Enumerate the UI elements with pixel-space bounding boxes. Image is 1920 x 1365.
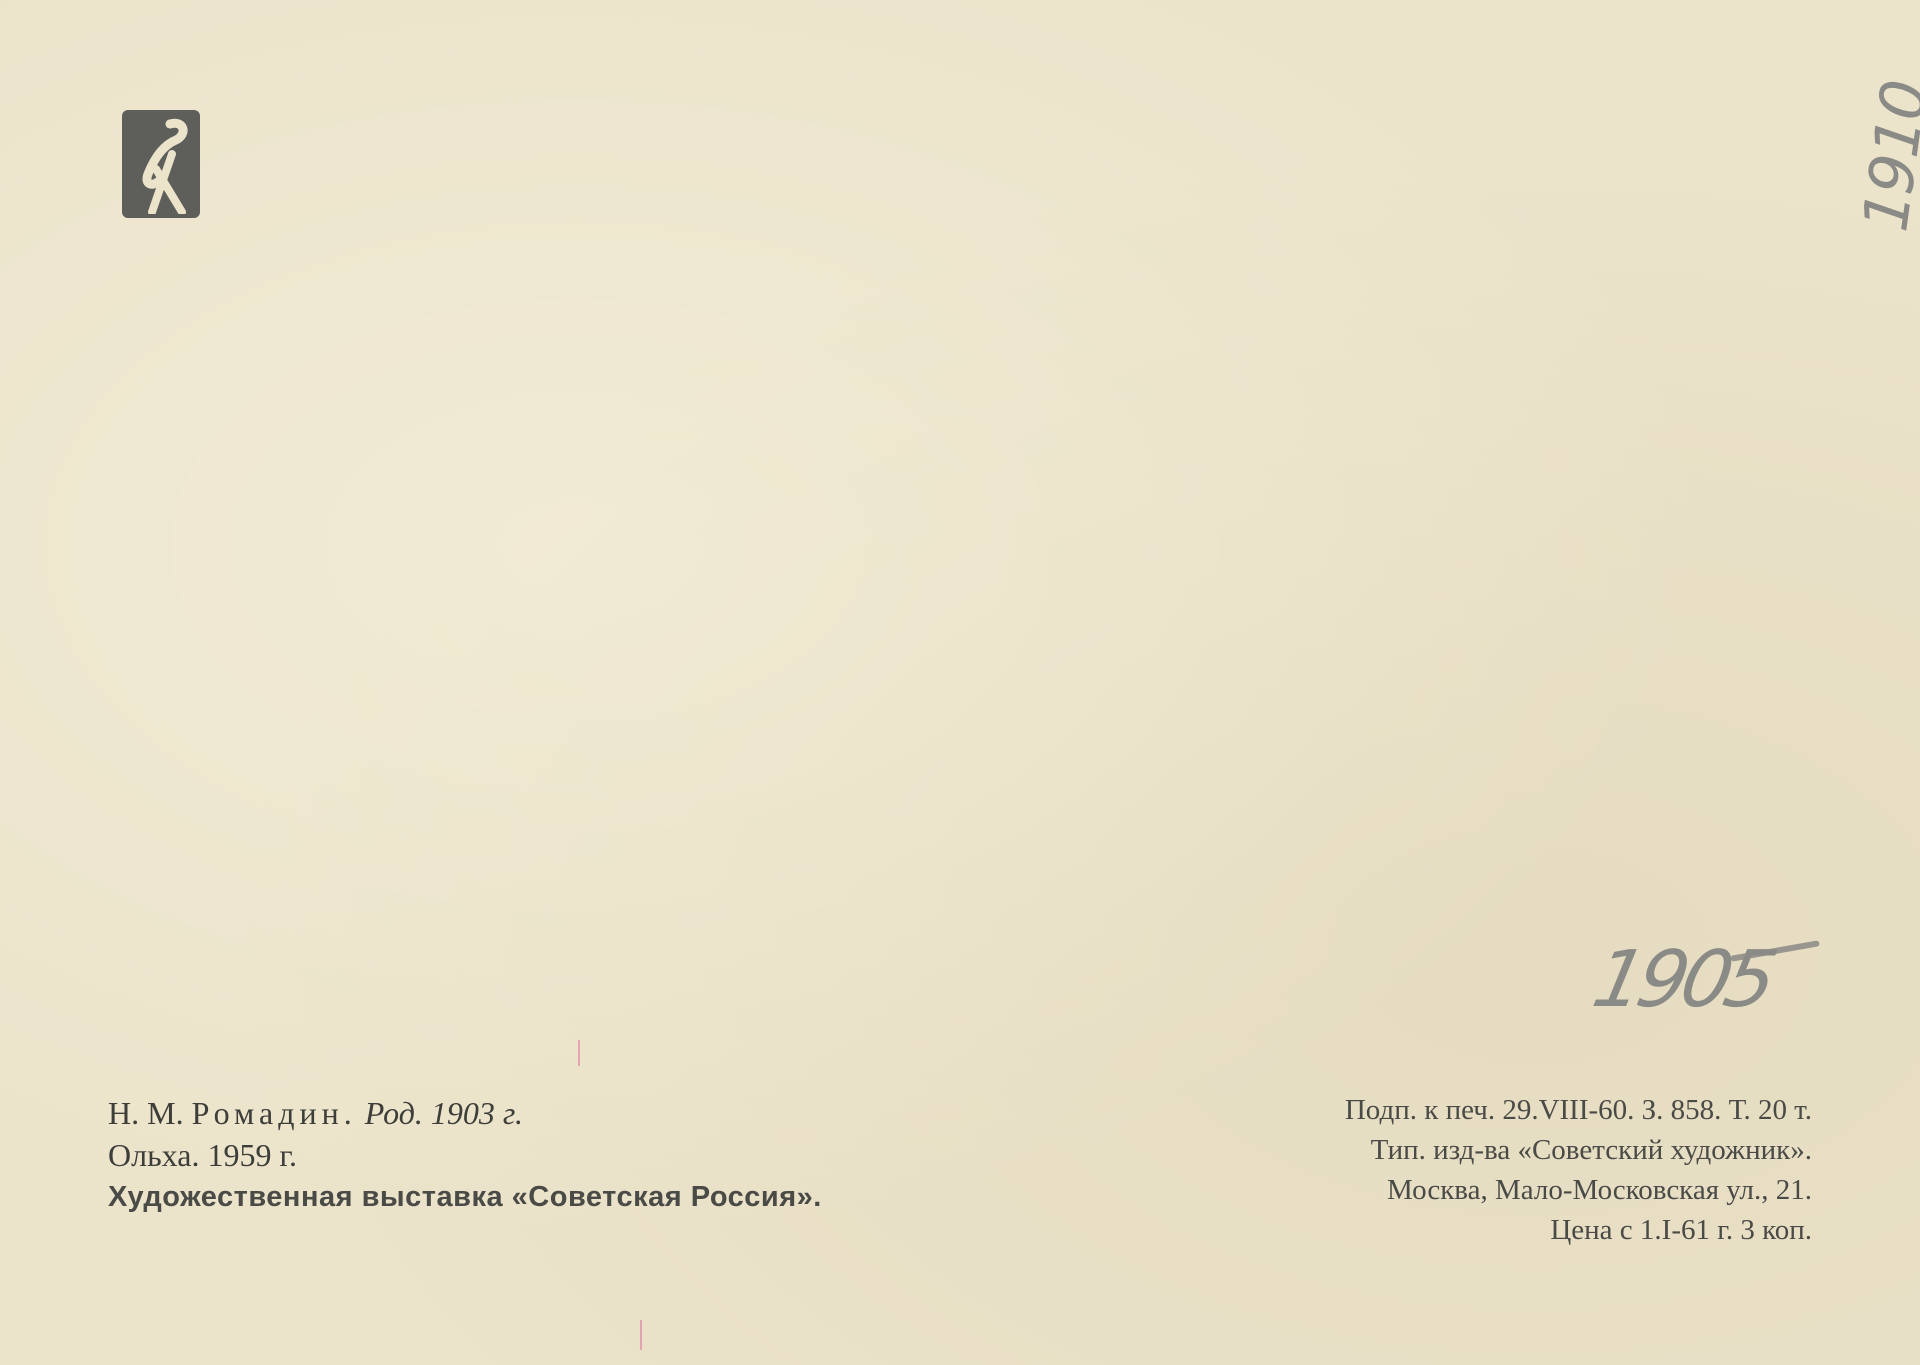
sx-monogram-icon: [126, 114, 196, 214]
author-born: Род. 1903 г.: [365, 1095, 523, 1131]
imprint-line-4: Цена с 1.I-61 г. 3 коп.: [1345, 1210, 1812, 1250]
author-line: Н. М. Ромадин. Род. 1903 г.: [108, 1092, 822, 1134]
author-surname: Ромадин.: [192, 1095, 357, 1131]
exhibition-name: Художественная выставка «Советская Росси…: [108, 1176, 822, 1218]
imprint-line-3: Москва, Мало-Московская ул., 21.: [1345, 1170, 1812, 1210]
pink-mark: [578, 1040, 580, 1066]
handwritten-note-top: 1910: [1848, 77, 1920, 235]
artwork-title: Ольха. 1959 г.: [108, 1134, 822, 1176]
imprint-line-1: Подп. к печ. 29.VIII-60. З. 858. Т. 20 т…: [1345, 1090, 1812, 1130]
pink-mark: [640, 1320, 642, 1350]
artwork-credits: Н. М. Ромадин. Род. 1903 г. Ольха. 1959 …: [108, 1092, 822, 1218]
imprint-line-2: Тип. изд-ва «Советский художник».: [1345, 1130, 1812, 1170]
author-initials: Н. М.: [108, 1095, 184, 1131]
handwritten-note-bottom: 1905: [1585, 935, 1779, 1025]
publisher-logo: [122, 110, 200, 218]
printing-imprint: Подп. к печ. 29.VIII-60. З. 858. Т. 20 т…: [1345, 1090, 1812, 1250]
